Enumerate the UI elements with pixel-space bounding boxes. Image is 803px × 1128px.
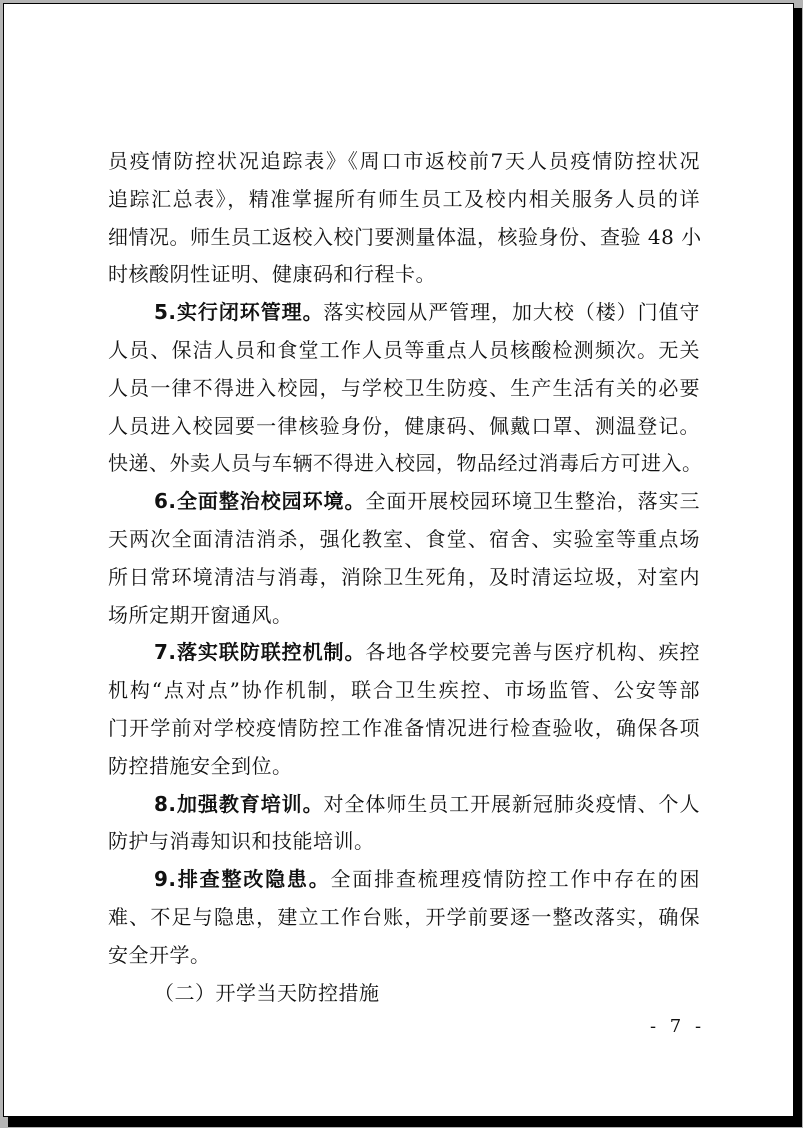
text-line: 门开学前对学校疫情防控工作准备情况进行检查验收，确保各项	[108, 710, 700, 748]
item-8-first-line: 8.加强教育培训。对全体师生员工开展新冠肺炎疫情、个人	[108, 786, 700, 824]
item-9-first-line: 9.排查整改隐患。全面排查梳理疫情防控工作中存在的困	[108, 861, 700, 899]
text-line: 员疫情防控状况追踪表》《周口市返校前7天人员疫情防控状况	[108, 143, 700, 181]
item-9-heading: 9.排查整改隐患。	[154, 867, 331, 891]
text-line: 所日常环境清洁与消毒，消除卫生死角，及时清运垃圾，对室内	[108, 559, 700, 597]
item-9-text: 全面排查梳理疫情防控工作中存在的困	[331, 867, 701, 891]
item-5-heading: 5.实行闭环管理。	[154, 300, 324, 324]
item-6-first-line: 6.全面整治校园环境。全面开展校园环境卫生整治，落实三	[108, 483, 700, 521]
text-line: 防控措施安全到位。	[108, 748, 700, 786]
text-line: 机构“点对点”协作机制，联合卫生疾控、市场监管、公安等部	[108, 672, 700, 710]
item-7-first-line: 7.落实联防联控机制。各地各学校要完善与医疗机构、疾控	[108, 634, 700, 672]
item-6-heading: 6.全面整治校园环境。	[154, 489, 365, 513]
text-line: 快递、外卖人员与车辆不得进入校园，物品经过消毒后方可进入。	[108, 445, 700, 483]
section-subheading: （二）开学当天防控措施	[108, 975, 700, 1013]
item-7-text: 各地各学校要完善与医疗机构、疾控	[365, 640, 700, 664]
text-line: 人员一律不得进入校园，与学校卫生防疫、生产生活有关的必要	[108, 370, 700, 408]
page-number: - 7 -	[650, 1016, 705, 1037]
item-8-heading: 8.加强教育培训。	[154, 792, 324, 816]
text-line: 人员、保洁人员和食堂工作人员等重点人员核酸检测频次。无关	[108, 332, 700, 370]
text-line: 人员进入校园要一律核验身份，健康码、佩戴口罩、测温登记。	[108, 408, 700, 446]
text-line: 场所定期开窗通风。	[108, 597, 700, 635]
text-line: 安全开学。	[108, 937, 700, 975]
item-7-heading: 7.落实联防联控机制。	[154, 640, 365, 664]
text-line: 追踪汇总表》，精准掌握所有师生员工及校内相关服务人员的详	[108, 181, 700, 219]
text-line: 时核酸阴性证明、健康码和行程卡。	[108, 256, 700, 294]
text-line: 天两次全面清洁消杀，强化教室、食堂、宿舍、实验室等重点场	[108, 521, 700, 559]
document-body: 员疫情防控状况追踪表》《周口市返校前7天人员疫情防控状况 追踪汇总表》，精准掌握…	[108, 143, 700, 1012]
item-8-text: 对全体师生员工开展新冠肺炎疫情、个人	[324, 792, 700, 816]
text-line: 细情况。师生员工返校入校门要测量体温，核验身份、查验 48 小	[108, 219, 700, 257]
text-line: 防护与消毒知识和技能培训。	[108, 823, 700, 861]
text-line: 难、不足与隐患，建立工作台账，开学前要逐一整改落实，确保	[108, 899, 700, 937]
item-5-first-line: 5.实行闭环管理。落实校园从严管理，加大校（楼）门值守	[108, 294, 700, 332]
item-6-text: 全面开展校园环境卫生整治，落实三	[365, 489, 700, 513]
item-5-text: 落实校园从严管理，加大校（楼）门值守	[324, 300, 700, 324]
